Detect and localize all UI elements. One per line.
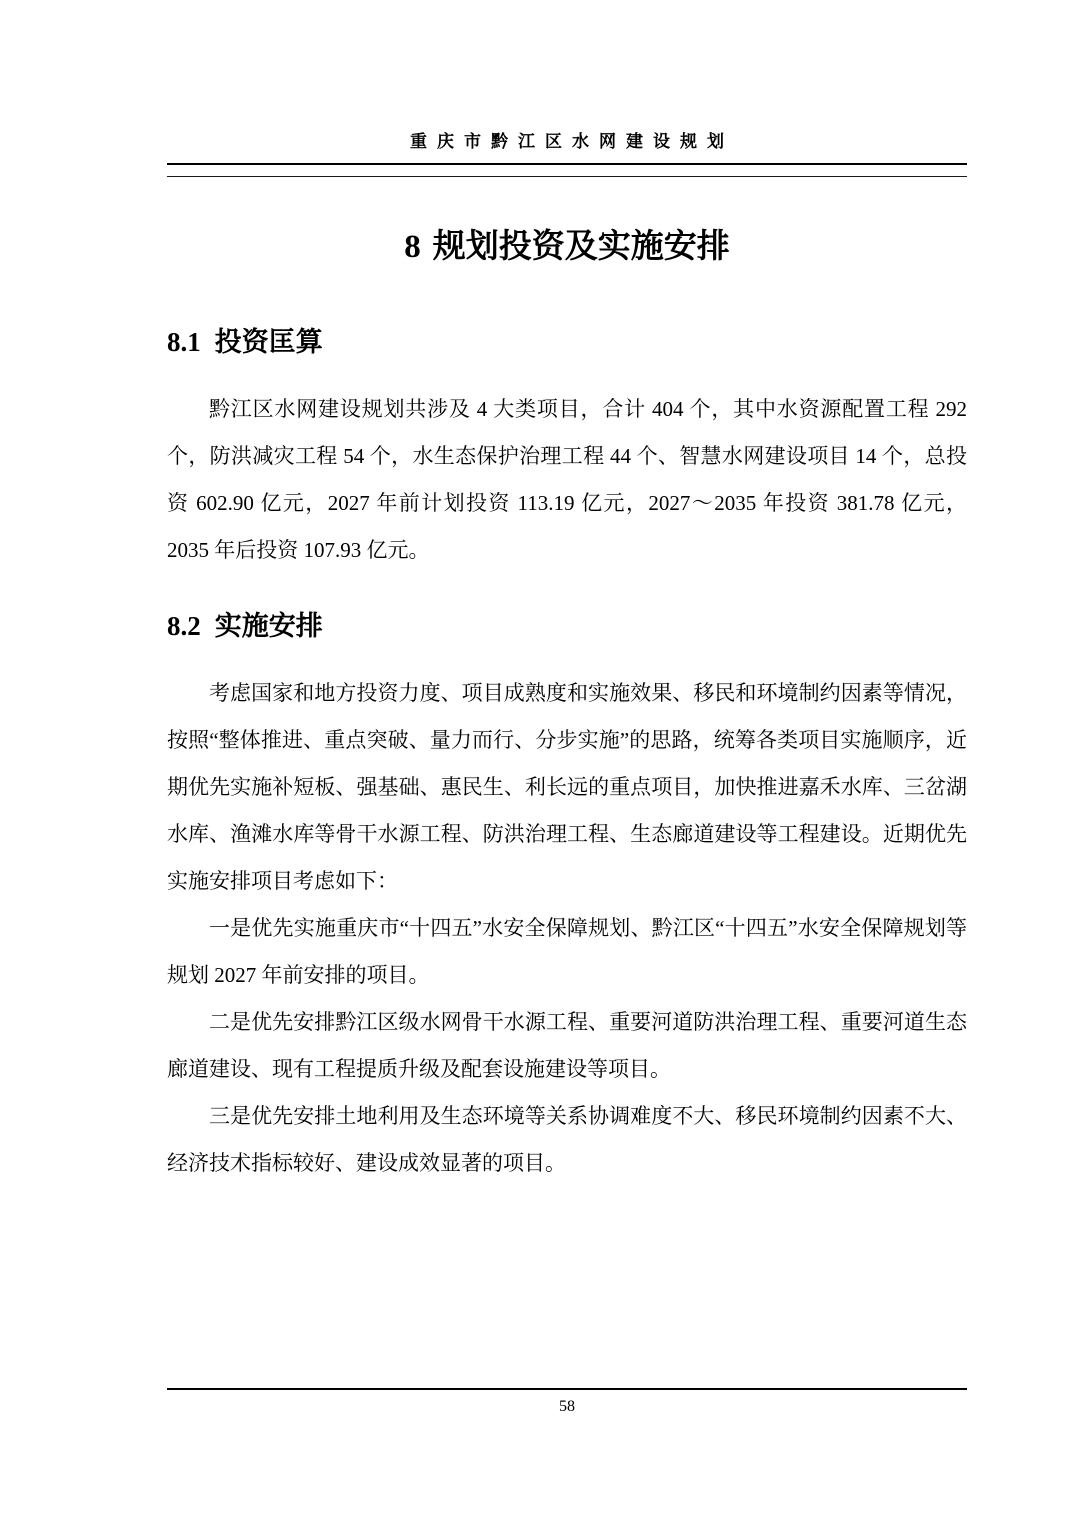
running-header-title: 重庆市黔江区水网建设规划 [167, 0, 967, 154]
paragraph: 黔江区水网建设规划共涉及 4 大类项目，合计 404 个，其中水资源配置工程 2… [167, 386, 967, 574]
footer-rule [167, 1388, 967, 1390]
document-page: 重庆市黔江区水网建设规划 8规划投资及实施安排 8.1投资匡算 黔江区水网建设规… [0, 0, 1074, 1520]
chapter-title: 8规划投资及实施安排 [167, 223, 967, 270]
section-number: 8.2 [167, 611, 201, 641]
chapter-title-text: 规划投资及实施安排 [433, 227, 730, 264]
section-body-investment-estimate: 黔江区水网建设规划共涉及 4 大类项目，合计 404 个，其中水资源配置工程 2… [167, 386, 967, 574]
paragraph: 考虑国家和地方投资力度、项目成熟度和实施效果、移民和环境制约因素等情况，按照“整… [167, 670, 967, 905]
section-heading-implementation-arrangement: 8.2实施安排 [167, 606, 967, 646]
header-rule-thin [167, 176, 967, 177]
section-number: 8.1 [167, 327, 201, 357]
section-title-text: 投资匡算 [215, 327, 323, 357]
section-body-implementation-arrangement: 考虑国家和地方投资力度、项目成熟度和实施效果、移民和环境制约因素等情况，按照“整… [167, 670, 967, 1187]
paragraph: 三是优先安排土地利用及生态环境等关系协调难度不大、移民环境制约因素不大、经济技术… [167, 1093, 967, 1187]
page-footer: 58 [167, 1388, 967, 1417]
page-number: 58 [167, 1397, 967, 1417]
header-rule-thick [167, 163, 967, 165]
chapter-number: 8 [404, 229, 421, 265]
paragraph: 二是优先安排黔江区级水网骨干水源工程、重要河道防洪治理工程、重要河道生态廊道建设… [167, 999, 967, 1093]
page-content: 重庆市黔江区水网建设规划 8规划投资及实施安排 8.1投资匡算 黔江区水网建设规… [167, 0, 967, 1187]
paragraph: 一是优先实施重庆市“十四五”水安全保障规划、黔江区“十四五”水安全保障规划等规划… [167, 905, 967, 999]
section-heading-investment-estimate: 8.1投资匡算 [167, 322, 967, 362]
section-title-text: 实施安排 [215, 611, 323, 641]
